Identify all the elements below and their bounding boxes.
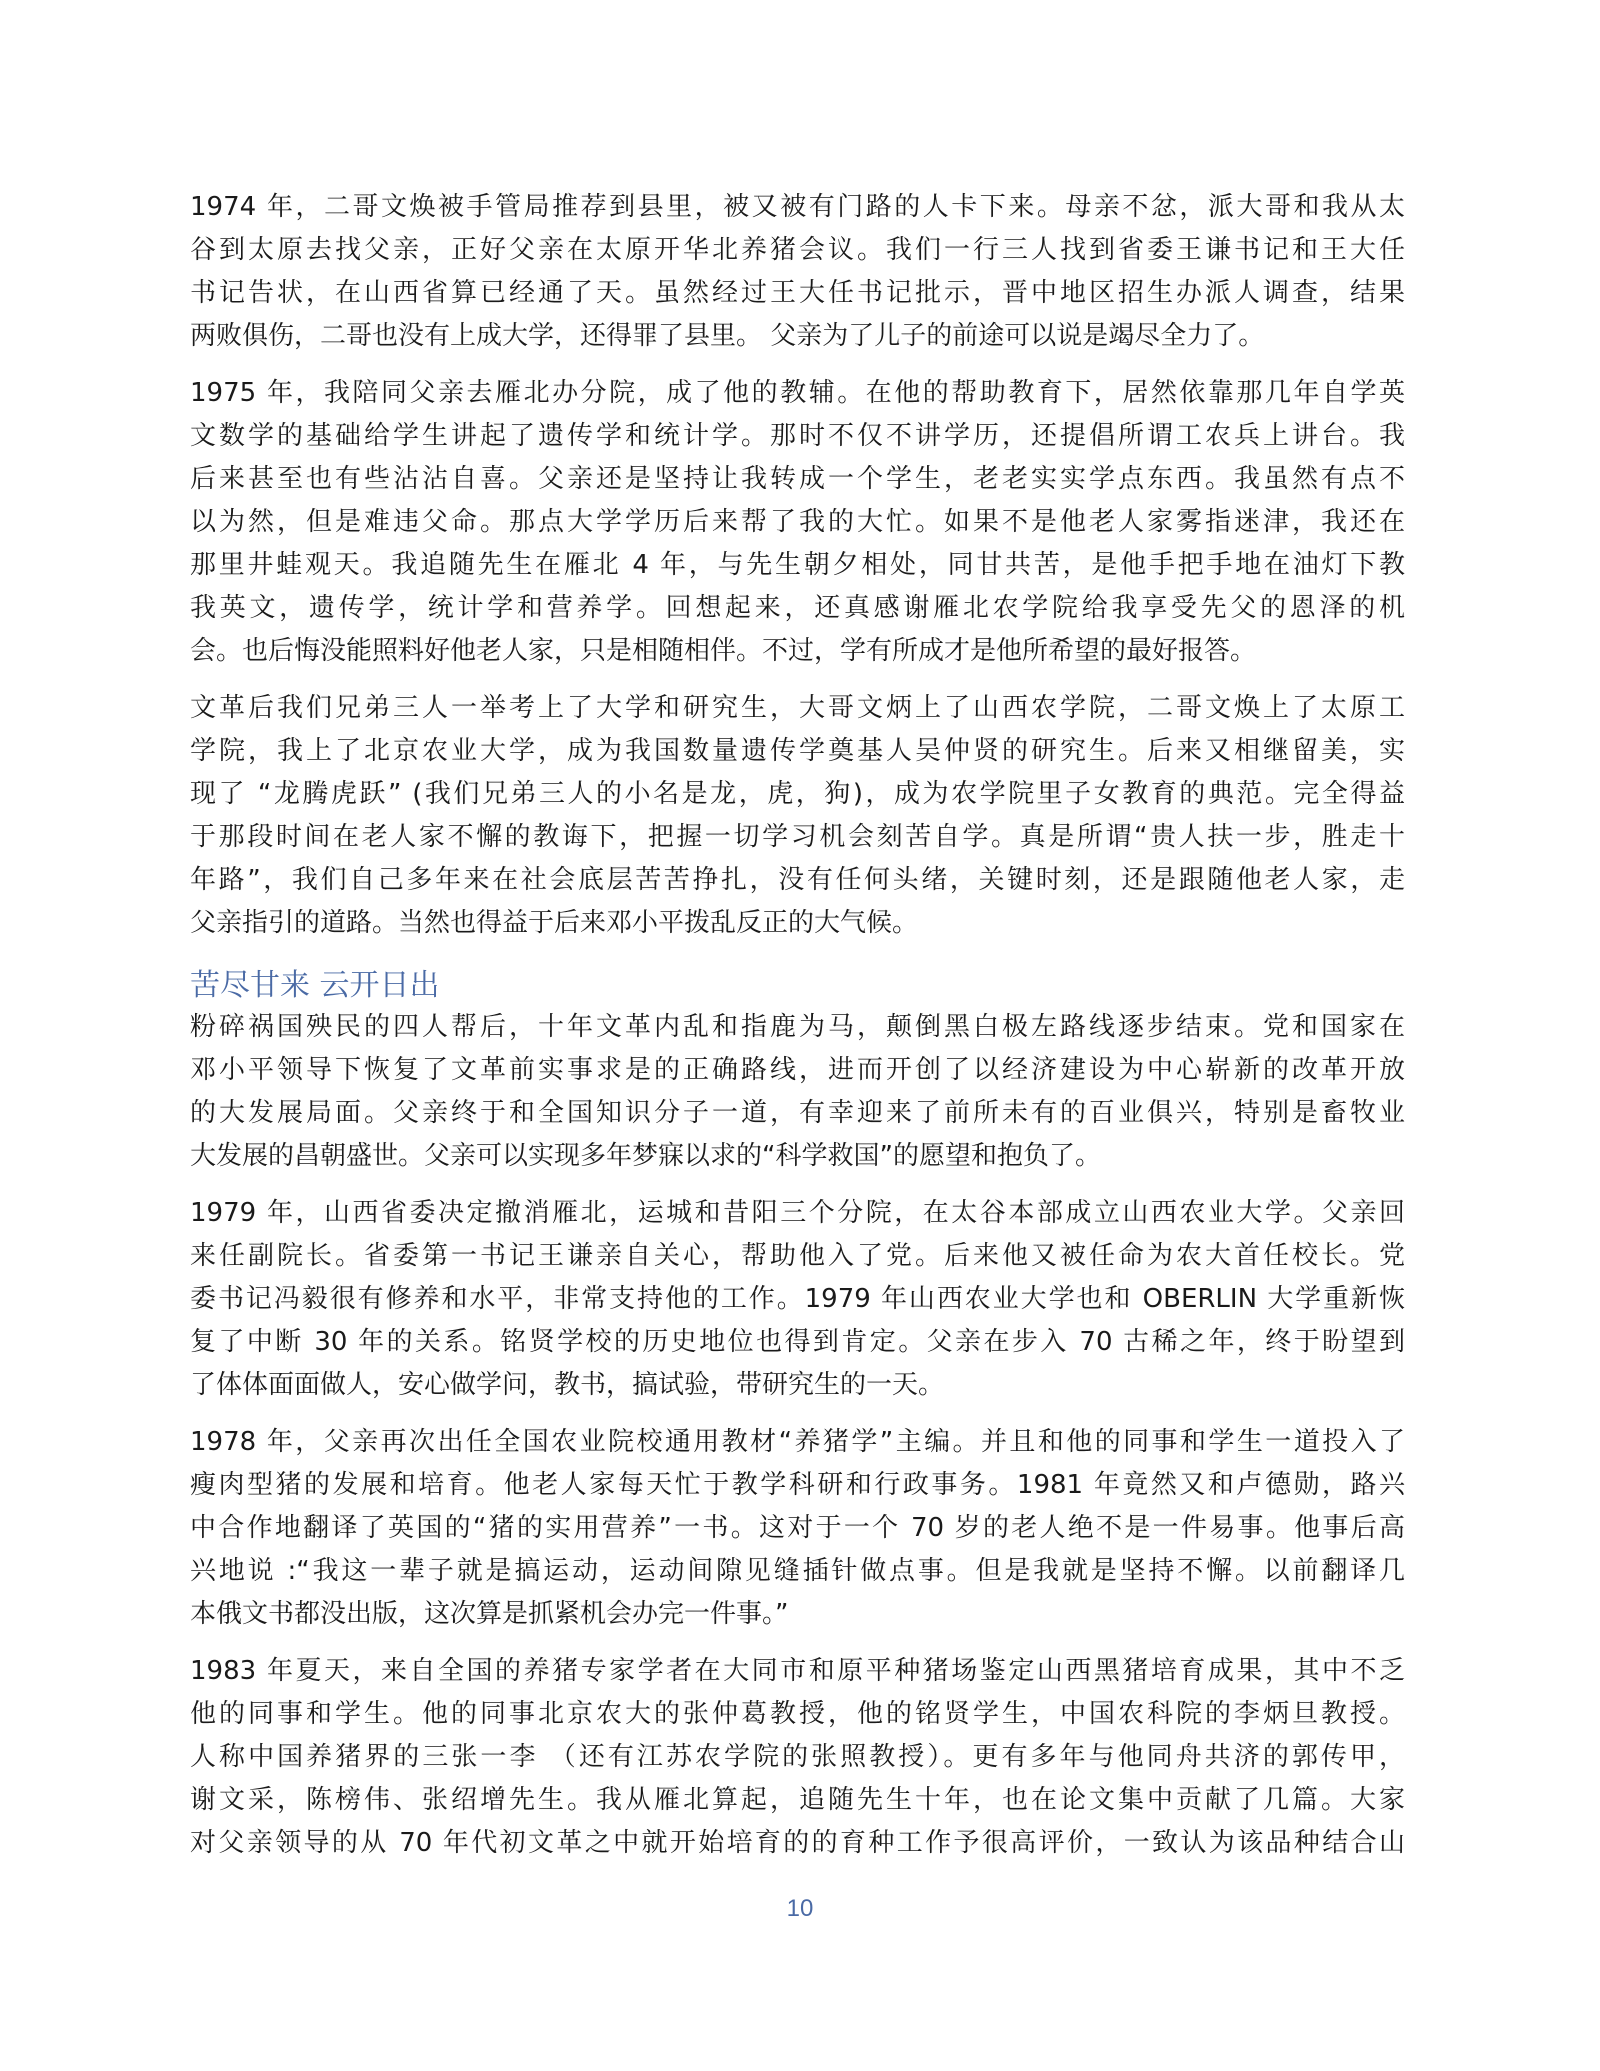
paragraph-3-line-2: 学院，我上了北京农业大学，成为我国数量遗传学奠基人吴仲贤的研究生。后来又相继留美… — [190, 734, 1405, 768]
section-paragraph-3-line-4: 兴地说 :“我这一辈子就是搞运动，运动间隙见缝插针做点事。但是我就是坚持不懈。以… — [190, 1554, 1405, 1588]
section-paragraph-2-line-3: 委书记冯毅很有修养和水平，非常支持他的工作。1979 年山西农业大学也和 OBE… — [190, 1282, 1405, 1316]
section-paragraph-3-line-2: 瘦肉型猪的发展和培育。他老人家每天忙于教学科研和行政事务。1981 年竟然又和卢… — [190, 1468, 1405, 1502]
section-paragraph-1-line-1: 粉碎祸国殃民的四人帮后，十年文革内乱和指鹿为马，颠倒黑白极左路线逐步结束。党和国… — [190, 1010, 1405, 1044]
paragraph-3-line-1: 文革后我们兄弟三人一举考上了大学和研究生，大哥文炳上了山西农学院，二哥文焕上了太… — [190, 691, 1405, 725]
paragraph-2-line-3: 后来甚至也有些沾沾自喜。父亲还是坚持让我转成一个学生，老老实实学点东西。我虽然有… — [190, 462, 1405, 496]
paragraph-3-line-5: 年路”，我们自己多年来在社会底层苦苦挣扎，没有任何头绪，关键时刻，还是跟随他老人… — [190, 863, 1405, 897]
section-paragraph-1-line-3: 的大发展局面。父亲终于和全国知识分子一道，有幸迎来了前所未有的百业俱兴，特别是畜… — [190, 1096, 1405, 1130]
page-number: 10 — [0, 1895, 1600, 1923]
section-paragraph-2-line-5: 了体体面面做人，安心做学问，教书，搞试验，带研究生的一天。 — [190, 1368, 1405, 1402]
paragraph-3-line-3: 现了 “龙腾虎跃” (我们兄弟三人的小名是龙，虎，狗)，成为农学院里子女教育的典… — [190, 777, 1405, 811]
paragraph-2-line-2: 文数学的基础给学生讲起了遗传学和统计学。那时不仅不讲学历，还提倡所谓工农兵上讲台… — [190, 419, 1405, 453]
section-paragraph-4-line-2: 他的同事和学生。他的同事北京农大的张仲葛教授，他的铭贤学生，中国农科院的李炳旦教… — [190, 1697, 1405, 1731]
paragraph-1-line-4: 两败俱伤，二哥也没有上成大学，还得罪了县里。 父亲为了儿子的前途可以说是竭尽全力… — [190, 319, 1405, 353]
section-paragraph-4-line-4: 谢文采，陈榜伟、张绍增先生。我从雁北算起，追随先生十年，也在论文集中贡献了几篇。… — [190, 1783, 1405, 1817]
paragraph-2-line-7: 会。也后悔没能照料好他老人家，只是相随相伴。不过，学有所成才是他所希望的最好报答… — [190, 634, 1405, 668]
section-paragraph-3-line-5: 本俄文书都没出版，这次算是抓紧机会办完一件事。” — [190, 1597, 1405, 1631]
paragraph-2-line-5: 那里井蛙观天。我追随先生在雁北 4 年，与先生朝夕相处，同甘共苦，是他手把手地在… — [190, 548, 1405, 582]
section-paragraph-2-line-2: 来任副院长。省委第一书记王谦亲自关心，帮助他入了党。后来他又被任命为农大首任校长… — [190, 1239, 1405, 1273]
section-paragraph-4-line-3: 人称中国养猪界的三张一李 （还有江苏农学院的张照教授）。更有多年与他同舟共济的郭… — [190, 1740, 1405, 1774]
section-paragraph-4-line-1: 1983 年夏天，来自全国的养猪专家学者在大同市和原平种猪场鉴定山西黑猪培育成果… — [190, 1654, 1405, 1688]
section-paragraph-3-line-3: 中合作地翻译了英国的“猪的实用营养”一书。这对于一个 70 岁的老人绝不是一件易… — [190, 1511, 1405, 1545]
section-paragraph-4-line-5: 对父亲领导的从 70 年代初文革之中就开始培育的的育种工作予很高评价，一致认为该… — [190, 1826, 1405, 1860]
section-heading: 苦尽甘来 云开日出 — [190, 966, 440, 1006]
paragraph-1-line-2: 谷到太原去找父亲，正好父亲在太原开华北养猪会议。我们一行三人找到省委王谦书记和王… — [190, 233, 1405, 267]
paragraph-2-line-1: 1975 年，我陪同父亲去雁北办分院，成了他的教辅。在他的帮助教育下，居然依靠那… — [190, 376, 1405, 410]
paragraph-1-line-3: 书记告状，在山西省算已经通了天。虽然经过王大任书记批示，晋中地区招生办派人调查，… — [190, 276, 1405, 310]
paragraph-1-line-1: 1974 年，二哥文焕被手管局推荐到县里，被又被有门路的人卡下来。母亲不忿，派大… — [190, 190, 1405, 224]
paragraph-2-line-4: 以为然，但是难违父命。那点大学学历后来帮了我的大忙。如果不是他老人家雾指迷津，我… — [190, 505, 1405, 539]
paragraph-3-line-6: 父亲指引的道路。当然也得益于后来邓小平拨乱反正的大气候。 — [190, 906, 1405, 940]
section-paragraph-3-line-1: 1978 年，父亲再次出任全国农业院校通用教材“养猪学”主编。并且和他的同事和学… — [190, 1425, 1405, 1459]
section-paragraph-2-line-1: 1979 年，山西省委决定撤消雁北，运城和昔阳三个分院，在太谷本部成立山西农业大… — [190, 1196, 1405, 1230]
paragraph-2-line-6: 我英文，遗传学，统计学和营养学。回想起来，还真感谢雁北农学院给我享受先父的恩泽的… — [190, 591, 1405, 625]
section-paragraph-1-line-2: 邓小平领导下恢复了文革前实事求是的正确路线，进而开创了以经济建设为中心崭新的改革… — [190, 1053, 1405, 1087]
section-paragraph-2-line-4: 复了中断 30 年的关系。铭贤学校的历史地位也得到肯定。父亲在步入 70 古稀之… — [190, 1325, 1405, 1359]
section-paragraph-1-line-4: 大发展的昌朝盛世。父亲可以实现多年梦寐以求的“科学救国”的愿望和抱负了。 — [190, 1139, 1405, 1173]
paragraph-3-line-4: 于那段时间在老人家不懈的教诲下，把握一切学习机会刻苦自学。真是所谓“贵人扶一步，… — [190, 820, 1405, 854]
document-page: 1974 年，二哥文焕被手管局推荐到县里，被又被有门路的人卡下来。母亲不忿，派大… — [0, 0, 1600, 2071]
